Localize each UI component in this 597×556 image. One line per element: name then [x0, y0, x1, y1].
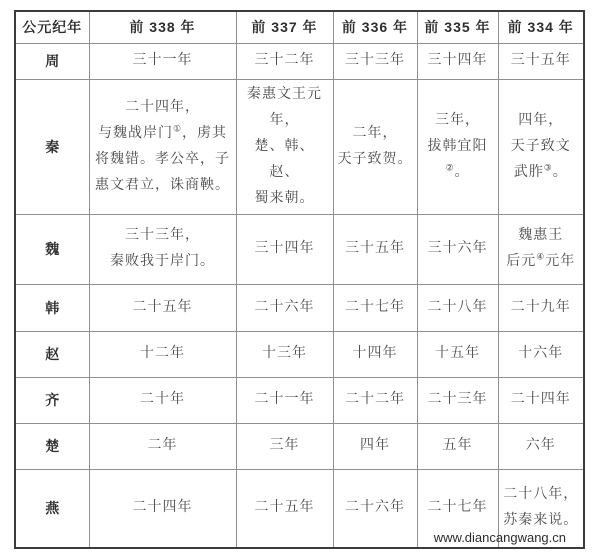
table-cell: 二十六年 — [333, 469, 417, 548]
table-header-row: 公元纪年 前 338 年 前 337 年 前 336 年 前 335 年 前 3… — [15, 11, 584, 43]
state-label: 魏 — [15, 214, 89, 284]
table-cell: 二十九年 — [498, 284, 584, 331]
table-cell: 二十六年 — [236, 284, 333, 331]
table-cell: 三十五年 — [498, 43, 584, 79]
watermark-url: www.diancangwang.cn — [434, 530, 566, 545]
row-wei: 魏 三十三年，秦败我于岸门。 三十四年 三十五年 三十六年 魏惠王后元④元年 — [15, 214, 584, 284]
state-label: 秦 — [15, 79, 89, 214]
header-year-bc335: 前 335 年 — [417, 11, 498, 43]
table-cell: 三十三年 — [333, 43, 417, 79]
table-cell: 三十一年 — [89, 43, 236, 79]
chronology-table-sheet: 公元纪年 前 338 年 前 337 年 前 336 年 前 335 年 前 3… — [14, 10, 585, 549]
row-zhao: 赵 十二年 十三年 十四年 十五年 十六年 — [15, 331, 584, 377]
table-cell: 二十八年 — [417, 284, 498, 331]
table-cell: 四年，天子致文武胙③。 — [498, 79, 584, 214]
table-cell: 三十三年，秦败我于岸门。 — [89, 214, 236, 284]
table-cell: 二年 — [89, 423, 236, 469]
table-cell: 六年 — [498, 423, 584, 469]
table-cell: 魏惠王后元④元年 — [498, 214, 584, 284]
table-cell: 十二年 — [89, 331, 236, 377]
row-zhou: 周 三十一年 三十二年 三十三年 三十四年 三十五年 — [15, 43, 584, 79]
table-cell: 二十三年 — [417, 377, 498, 423]
state-label: 齐 — [15, 377, 89, 423]
header-year-bc336: 前 336 年 — [333, 11, 417, 43]
table-cell: 二十年 — [89, 377, 236, 423]
table-cell: 三十四年 — [236, 214, 333, 284]
table-cell: 四年 — [333, 423, 417, 469]
table-cell: 十五年 — [417, 331, 498, 377]
table-cell: 二十一年 — [236, 377, 333, 423]
header-year-bc334: 前 334 年 — [498, 11, 584, 43]
table-cell: 十六年 — [498, 331, 584, 377]
header-year-bc337: 前 337 年 — [236, 11, 333, 43]
table-cell: 二十四年 — [89, 469, 236, 548]
row-qi: 齐 二十年 二十一年 二十二年 二十三年 二十四年 — [15, 377, 584, 423]
state-label: 楚 — [15, 423, 89, 469]
table-cell: 三十六年 — [417, 214, 498, 284]
table-cell: 十四年 — [333, 331, 417, 377]
row-han: 韩 二十五年 二十六年 二十七年 二十八年 二十九年 — [15, 284, 584, 331]
row-qin: 秦 二十四年，与魏战岸门①，虏其将魏错。孝公卒，子惠文君立，诛商鞅。 秦惠文王元… — [15, 79, 584, 214]
table-cell: 二十七年 — [333, 284, 417, 331]
state-label: 韩 — [15, 284, 89, 331]
header-year-bc338: 前 338 年 — [89, 11, 236, 43]
table-cell: 二十二年 — [333, 377, 417, 423]
table-cell: 三十四年 — [417, 43, 498, 79]
table-cell: 二十四年 — [498, 377, 584, 423]
table-cell: 秦惠文王元年，楚、韩、赵、蜀来朝。 — [236, 79, 333, 214]
table-cell: 三年 — [236, 423, 333, 469]
header-era-label: 公元纪年 — [15, 11, 89, 43]
table-cell: 二年，天子致贺。 — [333, 79, 417, 214]
state-label: 周 — [15, 43, 89, 79]
table-cell: 三十二年 — [236, 43, 333, 79]
table-cell: 三年，拔韩宜阳②。 — [417, 79, 498, 214]
table-cell: 二十五年 — [89, 284, 236, 331]
state-label: 燕 — [15, 469, 89, 548]
table-cell: 二十四年，与魏战岸门①，虏其将魏错。孝公卒，子惠文君立，诛商鞅。 — [89, 79, 236, 214]
table-cell: 五年 — [417, 423, 498, 469]
chronology-table: 公元纪年 前 338 年 前 337 年 前 336 年 前 335 年 前 3… — [14, 10, 585, 549]
row-chu: 楚 二年 三年 四年 五年 六年 — [15, 423, 584, 469]
table-cell: 二十五年 — [236, 469, 333, 548]
table-cell: 三十五年 — [333, 214, 417, 284]
state-label: 赵 — [15, 331, 89, 377]
table-cell: 十三年 — [236, 331, 333, 377]
